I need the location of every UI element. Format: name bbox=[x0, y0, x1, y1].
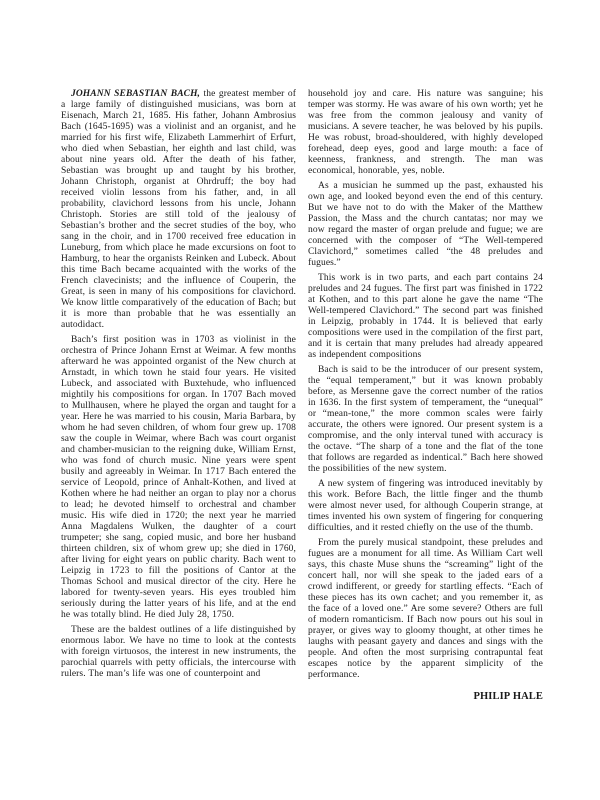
paragraph-fingering-system: A new system of fingering was introduced… bbox=[308, 479, 543, 534]
article-lead-title: JOHANN SEBASTIAN BACH, bbox=[71, 89, 200, 99]
text-columns: JOHANN SEBASTIAN BACH, the greatest memb… bbox=[61, 89, 543, 706]
paragraph-two-parts: This work is in two parts, and each part… bbox=[308, 273, 543, 361]
paragraph-text: the greatest member of a large family of… bbox=[61, 89, 296, 330]
paragraph-career: Bach’s first position was in 1703 as vio… bbox=[61, 335, 296, 621]
paragraph-musical-standpoint: From the purely musical standpoint, thes… bbox=[308, 538, 543, 681]
right-column: household joy and care. His nature was s… bbox=[308, 89, 543, 706]
paragraph-outlines: These are the baldest outlines of a life… bbox=[61, 625, 296, 680]
paragraph-equal-temperament: Bach is said to be the introducer of our… bbox=[308, 365, 543, 475]
author-signature: PHILIP HALE bbox=[308, 691, 543, 702]
paragraph-musician-summary: As a musician he summed up the past, exh… bbox=[308, 181, 543, 269]
left-column: JOHANN SEBASTIAN BACH, the greatest memb… bbox=[61, 89, 296, 706]
document-page: JOHANN SEBASTIAN BACH, the greatest memb… bbox=[0, 0, 600, 800]
paragraph-bach-intro: JOHANN SEBASTIAN BACH, the greatest memb… bbox=[61, 89, 296, 331]
paragraph-character-continuation: household joy and care. His nature was s… bbox=[308, 89, 543, 177]
